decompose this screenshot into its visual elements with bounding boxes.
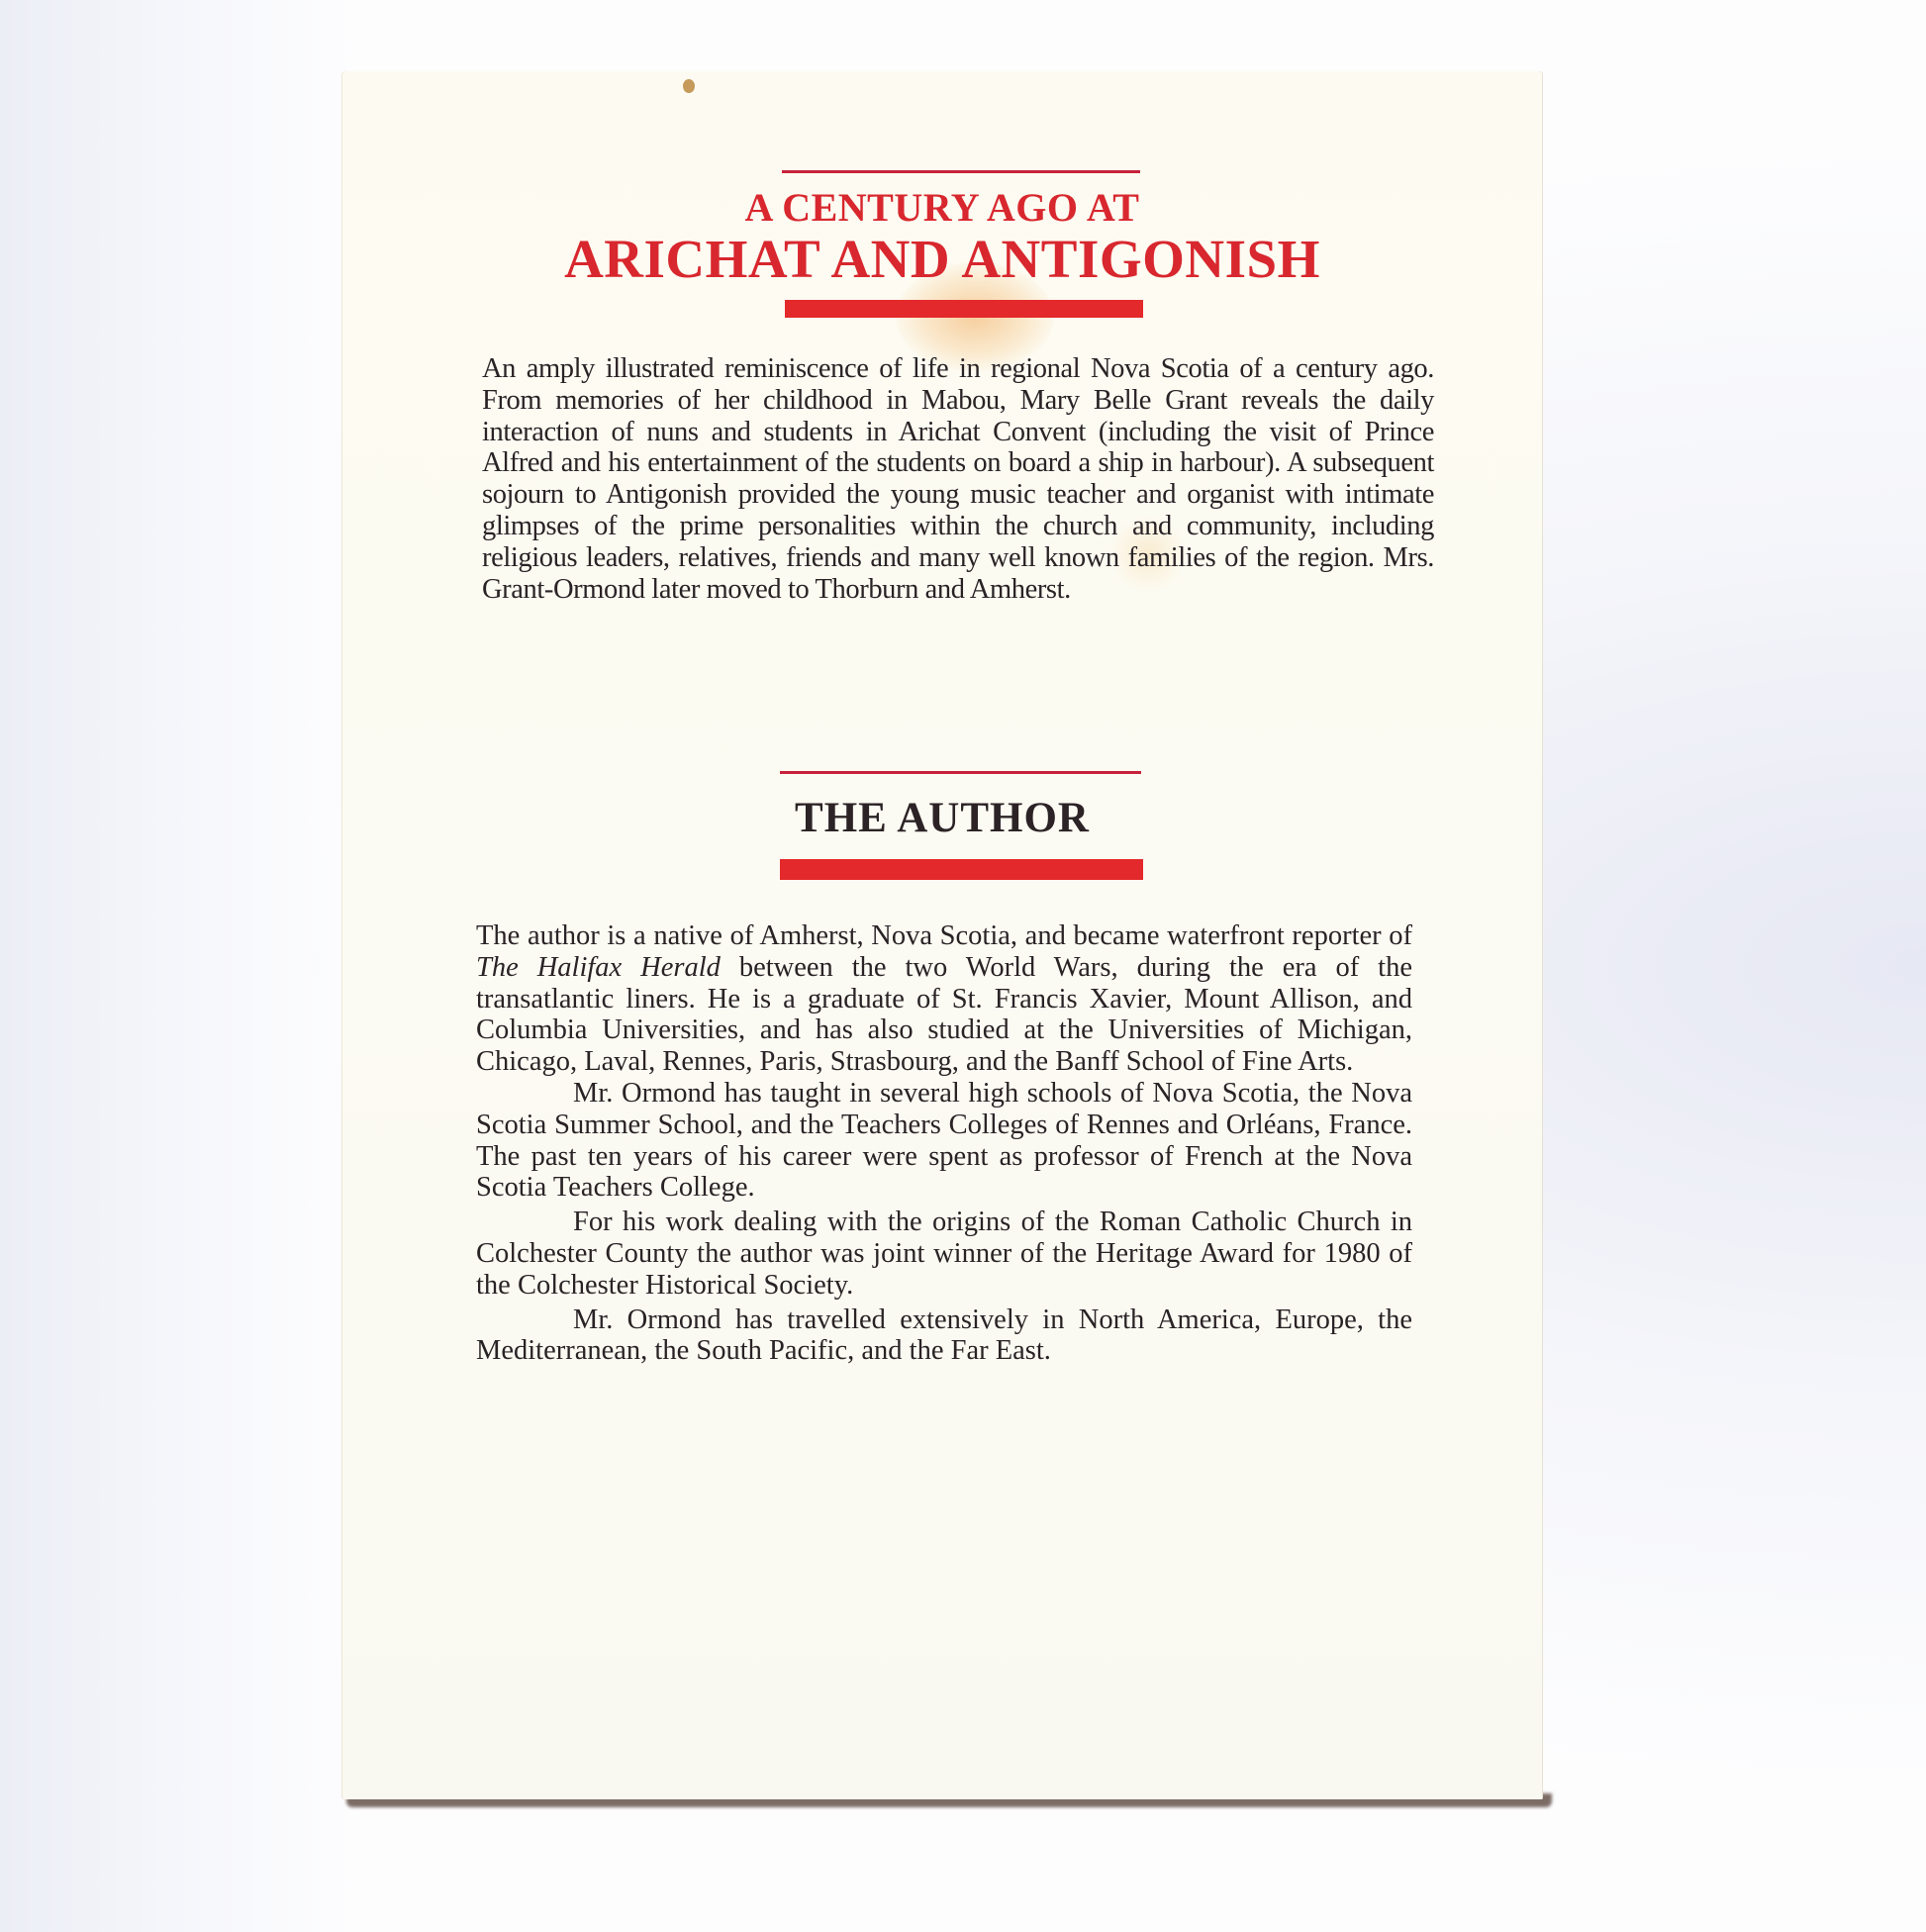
title-top-rule (782, 170, 1140, 173)
author-bio-paragraph-2: Mr. Ormond has taught in several high sc… (476, 1078, 1412, 1204)
author-bio-paragraph-3: For his work dealing with the origins of… (476, 1207, 1412, 1301)
author-heading: THE AUTHOR (341, 794, 1543, 843)
author-bio: The author is a native of Amherst, Nova … (476, 920, 1412, 1367)
background-backdrop (0, 0, 356, 1932)
newspaper-name: The Halifax Herald (476, 952, 721, 983)
author-top-rule (780, 771, 1141, 774)
author-bio-paragraph-4: Mr. Ormond has travelled extensively in … (476, 1304, 1412, 1368)
title-line-2: ARICHAT AND ANTIGONISH (341, 231, 1543, 288)
author-bio-paragraph-1: The author is a native of Amherst, Nova … (476, 920, 1412, 1078)
stain-dot (683, 79, 695, 93)
title-line-1: A CENTURY AGO AT (341, 186, 1543, 230)
book-description: An amply illustrated reminiscence of lif… (482, 353, 1434, 605)
bio-text: The author is a native of Amherst, Nova … (476, 920, 1412, 951)
description-text: An amply illustrated reminiscence of lif… (482, 353, 1434, 605)
title-bottom-bar (785, 300, 1143, 318)
author-bottom-bar (780, 859, 1143, 880)
